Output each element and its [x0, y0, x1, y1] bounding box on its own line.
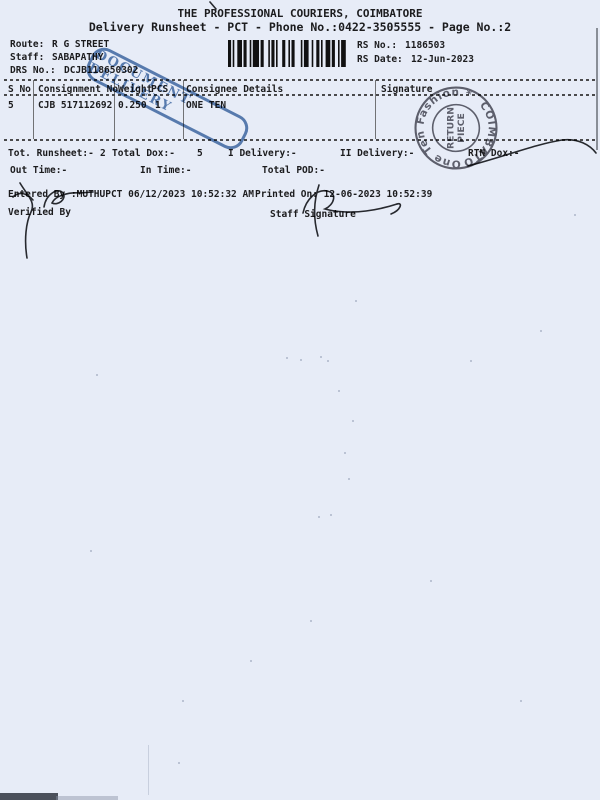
table-divider-header — [4, 94, 598, 96]
scan-line-artifact — [148, 745, 149, 795]
noise-speck — [96, 374, 98, 376]
noise-speck — [355, 300, 357, 302]
noise-speck — [286, 357, 288, 359]
scan-edge-artifact — [596, 28, 598, 150]
noise-speck — [344, 452, 346, 454]
noise-speck — [327, 360, 329, 362]
staff-signature — [391, 204, 400, 214]
stamp-center-line2: PIECE — [456, 113, 467, 143]
handwritten-signatures — [0, 0, 600, 800]
row-sno: 5 — [8, 100, 14, 111]
rs-no-value: 1186503 — [405, 40, 445, 51]
noise-speck — [348, 478, 350, 480]
noise-speck — [520, 700, 522, 702]
ii-delivery-label: II Delivery:- — [340, 148, 414, 159]
scan-corner-artifact — [0, 793, 58, 800]
noise-speck — [310, 620, 312, 622]
total-dox-value: 5 — [197, 148, 203, 159]
route-label: Route: — [10, 39, 44, 50]
scanned-delivery-runsheet: THE PROFESSIONAL COURIERS, COIMBATORE De… — [0, 0, 600, 800]
runsheet-total-label: Tot. Runsheet:- — [8, 148, 94, 159]
row-consignment: CJB 517112692 — [38, 100, 112, 111]
noise-speck — [300, 359, 302, 361]
staff-label: Staff: — [10, 52, 44, 63]
noise-speck — [430, 580, 432, 582]
noise-speck — [338, 390, 340, 392]
noise-speck — [574, 214, 576, 216]
noise-speck — [352, 420, 354, 422]
noise-speck — [540, 330, 542, 332]
noise-speck — [330, 514, 332, 516]
page-title: THE PROFESSIONAL COURIERS, COIMBATORE — [0, 7, 600, 20]
noise-speck — [318, 516, 320, 518]
noise-speck — [320, 356, 322, 358]
in-time-label: In Time:- — [140, 165, 191, 176]
scan-corner-artifact — [56, 796, 118, 800]
one-ten-fashion-round-stamp: One Ten Fashion * COIMBATORE RETURN PIEC… — [404, 76, 508, 180]
entered-by-line: Entered By :MUTHUPCT 06/12/2023 10:52:32… — [8, 189, 254, 200]
drs-label: DRS No.: — [10, 65, 56, 76]
runsheet-total-value: 2 — [100, 148, 106, 159]
table-column-line — [375, 80, 376, 139]
table-column-line — [33, 80, 34, 139]
page-subtitle: Delivery Runsheet - PCT - Phone No.:0422… — [0, 20, 600, 34]
total-pod-label: Total POD:- — [262, 165, 325, 176]
table-divider-bottom — [4, 139, 598, 141]
i-delivery-label: I Delivery:- — [228, 148, 297, 159]
rs-no-label: RS No.: — [357, 40, 397, 51]
rs-date-label: RS Date: — [357, 54, 403, 65]
printed-on-line: Printed On: 12-06-2023 10:52:39 — [255, 189, 432, 200]
verified-by-label: Verified By — [8, 207, 71, 218]
out-time-label: Out Time:- — [10, 165, 67, 176]
noise-speck — [90, 550, 92, 552]
noise-speck — [182, 700, 184, 702]
noise-speck — [250, 660, 252, 662]
noise-speck — [470, 360, 472, 362]
barcode-icon — [228, 40, 354, 67]
total-dox-label: Total Dox:- — [112, 148, 175, 159]
rs-date-value: 12-Jun-2023 — [411, 54, 474, 65]
document-delivery-stamp: DOCUMENT DELIVERY — [82, 43, 253, 154]
document-delivery-stamp-text: DOCUMENT DELIVERY — [86, 47, 249, 150]
staff-signature-label: Staff Signature — [270, 209, 356, 220]
noise-speck — [178, 762, 180, 764]
stamp-center-line1: RETURN — [445, 107, 456, 149]
